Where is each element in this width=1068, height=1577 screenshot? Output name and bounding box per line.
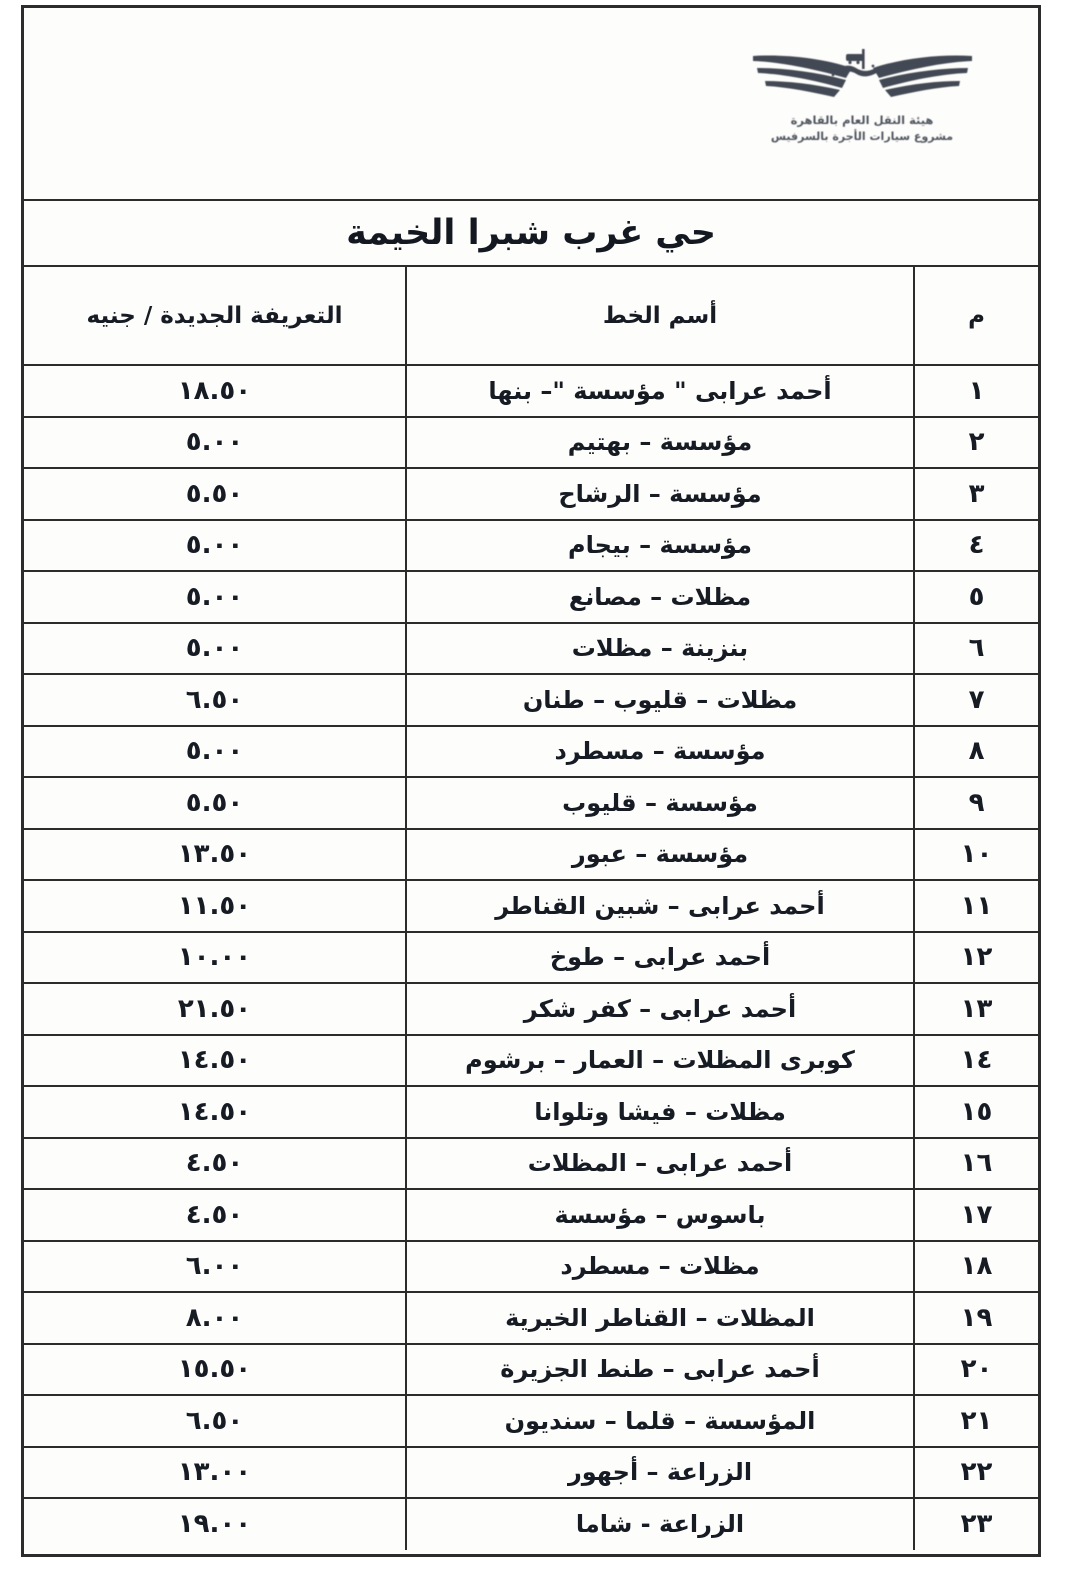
organization-project-line: مشروع سيارات الأجرة بالسرفيس (734, 130, 990, 143)
table-row: ٢٢الزراعة – أجهور١٣.٠٠ (24, 1447, 1038, 1499)
row-index: ١٠ (914, 829, 1038, 881)
page-title: حي غرب شبرا الخيمة (346, 213, 716, 253)
row-index: ١١ (914, 880, 1038, 932)
title-band: حي غرب شبرا الخيمة (24, 199, 1038, 267)
letterhead: هيئة النقل العام بالقاهرة مشروع سيارات ا… (24, 8, 1038, 199)
winged-bus-emblem-icon (745, 46, 980, 108)
row-tariff: ٥.٠٠ (24, 520, 406, 572)
row-line-name: المظلات – القناطر الخيرية (406, 1292, 914, 1344)
table-row: ٢١المؤسسة – قلما – سنديون٦.٥٠ (24, 1395, 1038, 1447)
row-tariff: ١٨.٥٠ (24, 365, 406, 417)
tariff-table-body: ١أحمد عرابى " مؤسسة "– بنها١٨.٥٠٢مؤسسة –… (24, 365, 1038, 1550)
header-index: م (914, 267, 1038, 365)
row-line-name: مؤسسة – الرشاح (406, 468, 914, 520)
row-tariff: ٥.٥٠ (24, 468, 406, 520)
row-line-name: الزراعة – أجهور (406, 1447, 914, 1499)
row-index: ٩ (914, 777, 1038, 829)
table-row: ١أحمد عرابى " مؤسسة "– بنها١٨.٥٠ (24, 365, 1038, 417)
table-row: ٩مؤسسة – قليوب٥.٥٠ (24, 777, 1038, 829)
row-index: ٢٢ (914, 1447, 1038, 1499)
table-row: ٤مؤسسة – بيجام٥.٠٠ (24, 520, 1038, 572)
table-row: ١٩المظلات – القناطر الخيرية٨.٠٠ (24, 1292, 1038, 1344)
row-line-name: مؤسسة – بهتيم (406, 417, 914, 469)
logo-block: هيئة النقل العام بالقاهرة مشروع سيارات ا… (734, 46, 990, 143)
row-tariff: ٥.٠٠ (24, 417, 406, 469)
table-row: ١٤كوبرى المظلات – العمار – برشوم١٤.٥٠ (24, 1035, 1038, 1087)
row-tariff: ٦.٠٠ (24, 1241, 406, 1293)
table-row: ٢٠أحمد عرابى – طنط الجزيرة١٥.٥٠ (24, 1344, 1038, 1396)
row-index: ١٣ (914, 983, 1038, 1035)
row-index: ٣ (914, 468, 1038, 520)
row-line-name: مظلات – مسطرد (406, 1241, 914, 1293)
row-tariff: ١٣.٥٠ (24, 829, 406, 881)
row-index: ١٧ (914, 1189, 1038, 1241)
row-line-name: مؤسسة – بيجام (406, 520, 914, 572)
table-row: ٥مظلات – مصانع٥.٠٠ (24, 571, 1038, 623)
table-row: ٨مؤسسة – مسطرد٥.٠٠ (24, 726, 1038, 778)
row-line-name: باسوس – مؤسسة (406, 1189, 914, 1241)
row-index: ٢ (914, 417, 1038, 469)
header-tariff: التعريفة الجديدة / جنيه (24, 267, 406, 365)
table-row: ٢مؤسسة – بهتيم٥.٠٠ (24, 417, 1038, 469)
table-row: ١٦أحمد عرابى – المظلات٤.٥٠ (24, 1138, 1038, 1190)
row-index: ١٥ (914, 1086, 1038, 1138)
row-line-name: مؤسسة – عبور (406, 829, 914, 881)
row-index: ١٦ (914, 1138, 1038, 1190)
row-tariff: ١٤.٥٠ (24, 1086, 406, 1138)
row-tariff: ٦.٥٠ (24, 674, 406, 726)
row-line-name: أحمد عرابى – شبين القناطر (406, 880, 914, 932)
row-index: ٢١ (914, 1395, 1038, 1447)
row-tariff: ٥.٥٠ (24, 777, 406, 829)
row-line-name: مؤسسة – مسطرد (406, 726, 914, 778)
row-index: ٤ (914, 520, 1038, 572)
table-row: ٧مظلات – قليوب – طنان٦.٥٠ (24, 674, 1038, 726)
header-line-name: أسم الخط (406, 267, 914, 365)
organization-name: هيئة النقل العام بالقاهرة (734, 113, 990, 127)
row-tariff: ٥.٠٠ (24, 571, 406, 623)
row-line-name: أحمد عرابى – طوخ (406, 932, 914, 984)
row-index: ٥ (914, 571, 1038, 623)
row-index: ٦ (914, 623, 1038, 675)
row-index: ٧ (914, 674, 1038, 726)
row-index: ٢٠ (914, 1344, 1038, 1396)
row-tariff: ٨.٠٠ (24, 1292, 406, 1344)
row-line-name: مظلات – فيشا وتلوانا (406, 1086, 914, 1138)
row-tariff: ٦.٥٠ (24, 1395, 406, 1447)
row-line-name: المؤسسة – قلما – سنديون (406, 1395, 914, 1447)
row-tariff: ٢١.٥٠ (24, 983, 406, 1035)
row-line-name: أحمد عرابى " مؤسسة "– بنها (406, 365, 914, 417)
row-index: ٢٣ (914, 1498, 1038, 1550)
row-tariff: ١٣.٠٠ (24, 1447, 406, 1499)
row-tariff: ١١.٥٠ (24, 880, 406, 932)
tariff-table: م أسم الخط التعريفة الجديدة / جنيه ١أحمد… (24, 267, 1038, 1550)
row-tariff: ١٥.٥٠ (24, 1344, 406, 1396)
row-tariff: ٥.٠٠ (24, 623, 406, 675)
row-line-name: مظلات – قليوب – طنان (406, 674, 914, 726)
table-row: ٣مؤسسة – الرشاح٥.٥٠ (24, 468, 1038, 520)
row-tariff: ١٤.٥٠ (24, 1035, 406, 1087)
table-row: ٢٣الزراعة - شاما١٩.٠٠ (24, 1498, 1038, 1550)
row-index: ٨ (914, 726, 1038, 778)
table-row: ١١أحمد عرابى – شبين القناطر١١.٥٠ (24, 880, 1038, 932)
table-row: ٦بنزينة – مظلات٥.٠٠ (24, 623, 1038, 675)
row-tariff: ٤.٥٠ (24, 1138, 406, 1190)
row-tariff: ١٩.٠٠ (24, 1498, 406, 1550)
row-index: ١٨ (914, 1241, 1038, 1293)
row-line-name: أحمد عرابى – طنط الجزيرة (406, 1344, 914, 1396)
document-page: هيئة النقل العام بالقاهرة مشروع سيارات ا… (21, 5, 1041, 1557)
table-row: ١٨مظلات – مسطرد٦.٠٠ (24, 1241, 1038, 1293)
table-row: ١٣أحمد عرابى – كفر شكر٢١.٥٠ (24, 983, 1038, 1035)
row-index: ١٤ (914, 1035, 1038, 1087)
row-line-name: أحمد عرابى – كفر شكر (406, 983, 914, 1035)
row-index: ١٩ (914, 1292, 1038, 1344)
row-tariff: ٥.٠٠ (24, 726, 406, 778)
header-row: م أسم الخط التعريفة الجديدة / جنيه (24, 267, 1038, 365)
row-line-name: بنزينة – مظلات (406, 623, 914, 675)
row-tariff: ١٠.٠٠ (24, 932, 406, 984)
table-row: ١٢أحمد عرابى – طوخ١٠.٠٠ (24, 932, 1038, 984)
row-line-name: مؤسسة – قليوب (406, 777, 914, 829)
row-line-name: كوبرى المظلات – العمار – برشوم (406, 1035, 914, 1087)
row-line-name: أحمد عرابى – المظلات (406, 1138, 914, 1190)
table-row: ١٥مظلات – فيشا وتلوانا١٤.٥٠ (24, 1086, 1038, 1138)
row-index: ١٢ (914, 932, 1038, 984)
row-line-name: مظلات – مصانع (406, 571, 914, 623)
row-tariff: ٤.٥٠ (24, 1189, 406, 1241)
scanned-tariff-document: { "letterhead": { "logo_icon": "winged-b… (0, 0, 1068, 1577)
row-line-name: الزراعة - شاما (406, 1498, 914, 1550)
table-row: ١٧باسوس – مؤسسة٤.٥٠ (24, 1189, 1038, 1241)
table-row: ١٠مؤسسة – عبور١٣.٥٠ (24, 829, 1038, 881)
tariff-table-header: م أسم الخط التعريفة الجديدة / جنيه (24, 267, 1038, 365)
row-index: ١ (914, 365, 1038, 417)
